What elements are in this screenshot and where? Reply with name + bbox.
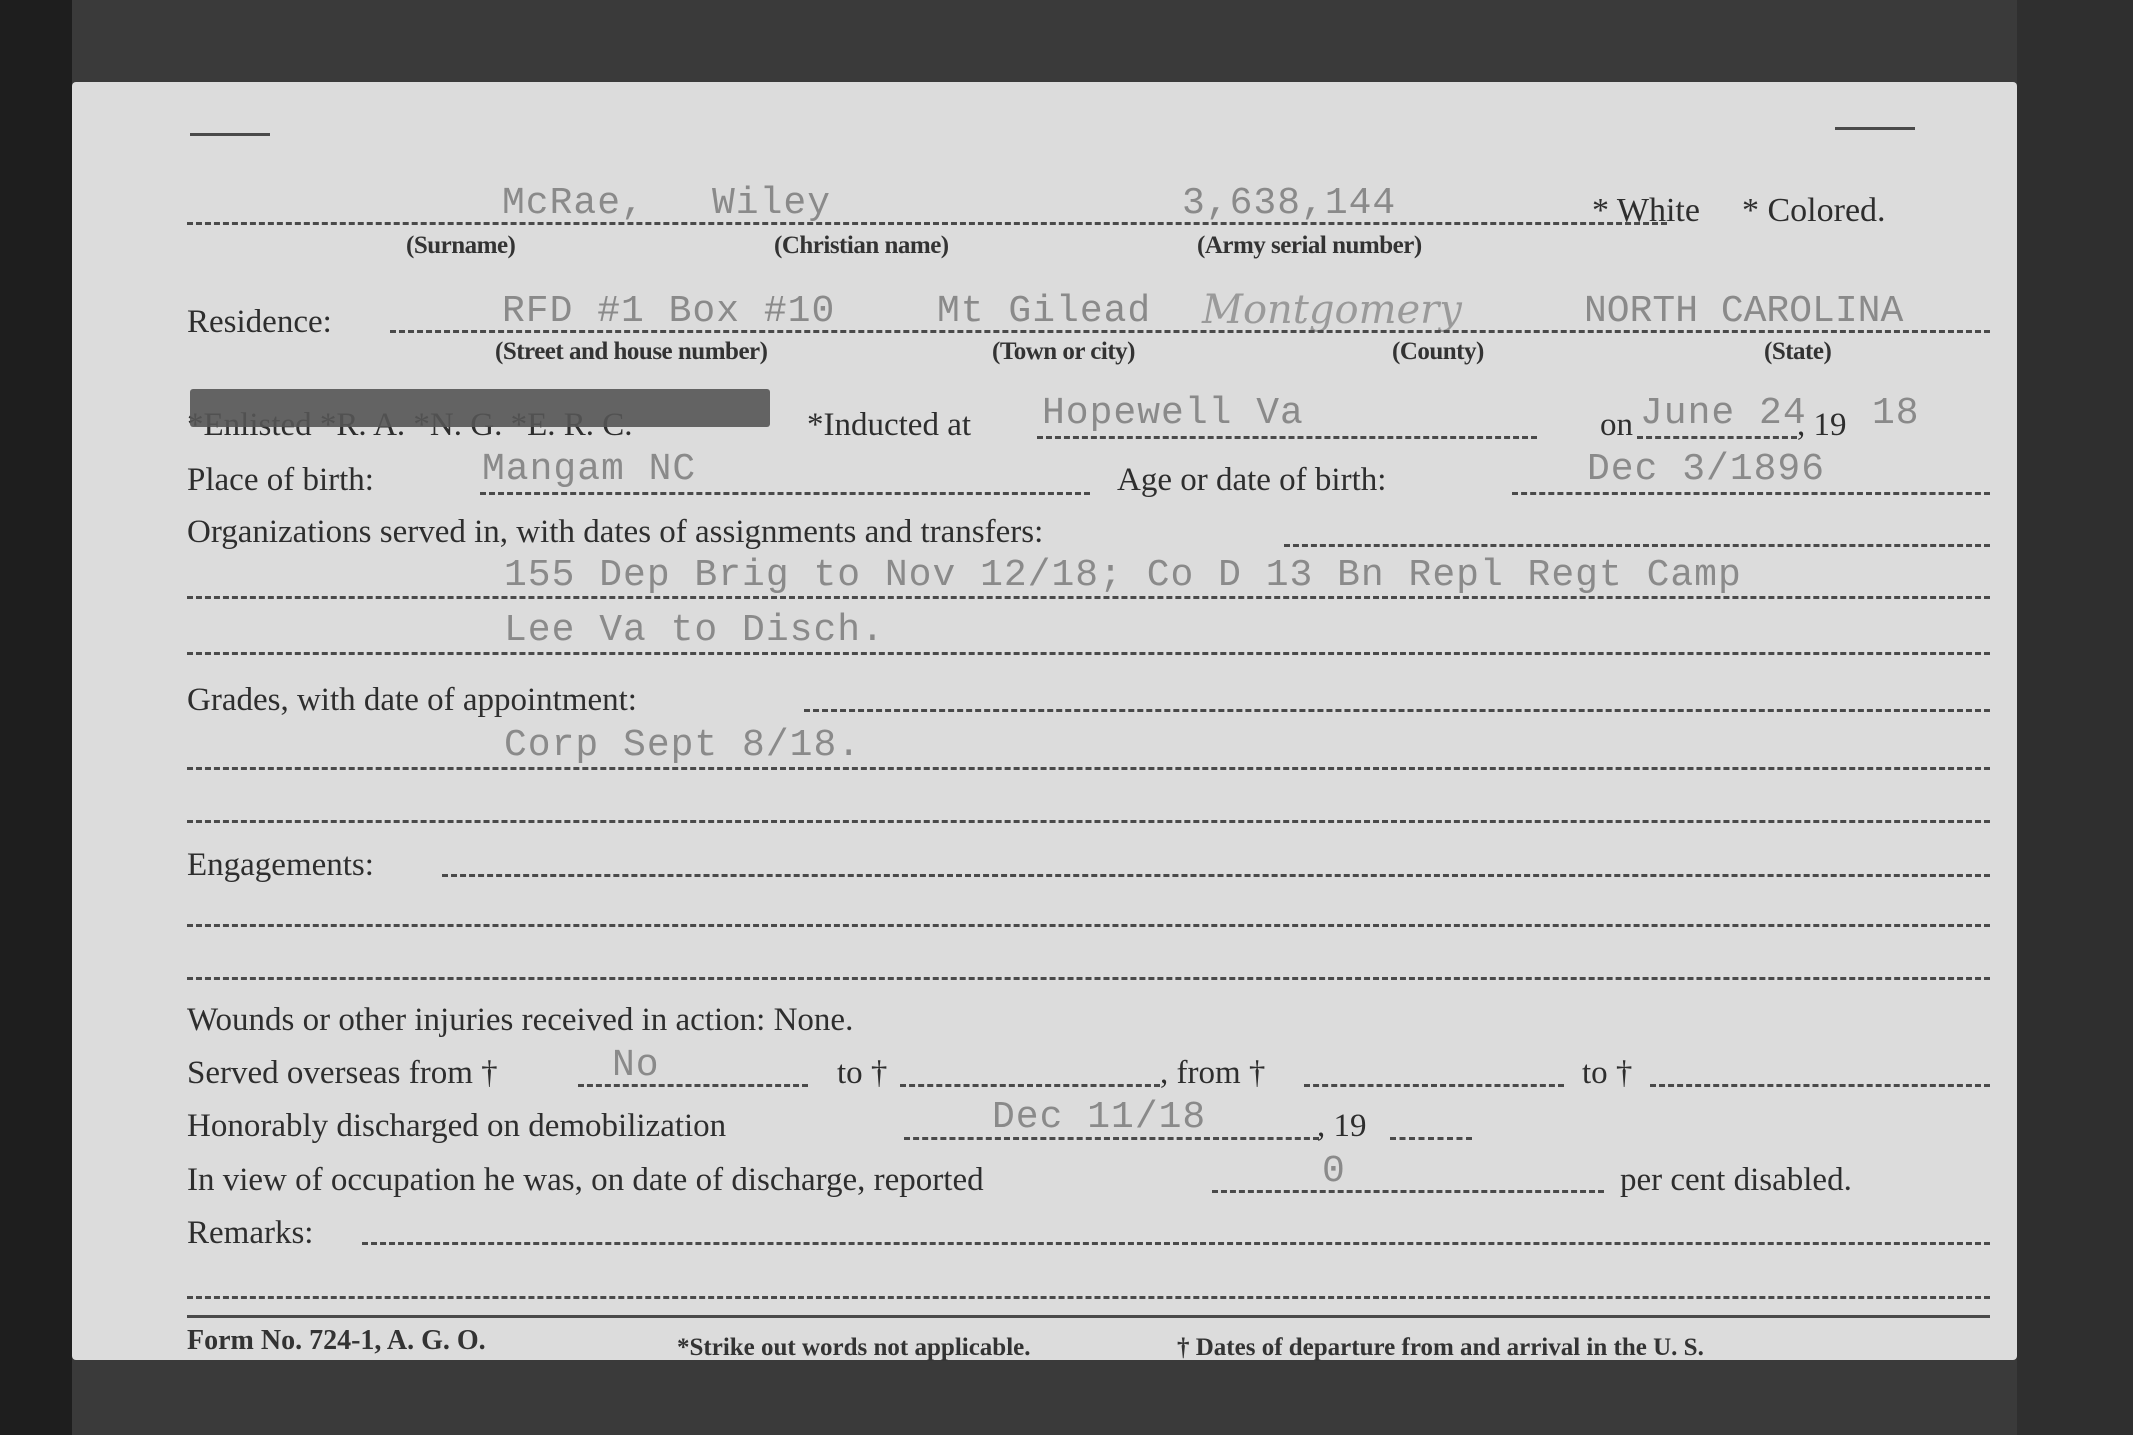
organizations-line-1-value: 155 Dep Brig to Nov 12/18; Co D 13 Bn Re… xyxy=(504,554,1742,597)
state-caption: (State) xyxy=(1764,338,1831,366)
wounds-label: Wounds or other injuries received in act… xyxy=(187,1002,853,1039)
engagements-line-0 xyxy=(442,874,1990,877)
disability-percent-value: 0 xyxy=(1322,1150,1346,1193)
inducted-date-line xyxy=(1637,436,1797,439)
inducted-year-prefix: , 19 xyxy=(1797,407,1847,444)
dates-note: † Dates of departure from and arrival in… xyxy=(1177,1334,1704,1362)
disability-suffix: per cent disabled. xyxy=(1620,1162,1852,1199)
place-of-birth-line xyxy=(480,492,1090,495)
discharge-label: Honorably discharged on demobilization xyxy=(187,1108,726,1145)
county-caption: (County) xyxy=(1392,338,1484,366)
residence-state-value: NORTH CAROLINA xyxy=(1584,290,1903,333)
grades-line-1-value: Corp Sept 8/18. xyxy=(504,724,861,767)
place-of-birth-label: Place of birth: xyxy=(187,462,374,499)
organizations-line-1 xyxy=(187,596,1990,599)
discharge-year-label: , 19 xyxy=(1317,1108,1367,1145)
town-caption: (Town or city) xyxy=(992,338,1135,366)
date-of-birth-label: Age or date of birth: xyxy=(1117,462,1386,499)
inducted-year-value: 18 xyxy=(1872,392,1920,435)
grades-label: Grades, with date of appointment: xyxy=(187,682,637,719)
scan-background-right xyxy=(2017,0,2133,1435)
engagements-line-2 xyxy=(187,977,1990,980)
footer-rule xyxy=(187,1315,1990,1318)
name-line xyxy=(187,222,1667,225)
place-of-birth-value: Mangam NC xyxy=(482,448,696,491)
date-of-birth-value: Dec 3/1896 xyxy=(1587,448,1825,491)
grades-line-1 xyxy=(187,767,1990,770)
christian-name-caption: (Christian name) xyxy=(774,232,949,260)
disability-label: In view of occupation he was, on date of… xyxy=(187,1162,984,1199)
organizations-line-2 xyxy=(187,652,1990,655)
top-left-rule xyxy=(190,133,270,136)
residence-label: Residence: xyxy=(187,304,332,341)
overseas-from-label: Served overseas from † xyxy=(187,1055,498,1092)
overseas-from-value: No xyxy=(612,1044,660,1087)
strike-out-note: *Strike out words not applicable. xyxy=(677,1334,1031,1362)
discharge-year-line xyxy=(1390,1137,1472,1140)
organizations-line-2-value: Lee Va to Disch. xyxy=(504,609,885,652)
inducted-at-label: *Inducted at xyxy=(807,407,971,444)
engagements-label: Engagements: xyxy=(187,847,374,884)
residence-street-value: RFD #1 Box #10 xyxy=(502,290,835,333)
serial-number-value: 3,638,144 xyxy=(1182,182,1396,225)
scan-background-left xyxy=(0,0,72,1435)
overseas-to2-label: to † xyxy=(1582,1055,1632,1092)
discharge-date-value: Dec 11/18 xyxy=(992,1096,1206,1139)
surname-caption: (Surname) xyxy=(406,232,515,260)
grades-line-2 xyxy=(187,820,1990,823)
engagements-line-1 xyxy=(187,924,1990,927)
residence-town-value: Mt Gilead xyxy=(937,290,1151,333)
service-record-card: McRae, Wiley 3,638,144 * White * Colored… xyxy=(72,82,2017,1360)
overseas-to-label: to † xyxy=(837,1055,887,1092)
overseas-to-line xyxy=(900,1084,1160,1087)
surname-value: McRae, xyxy=(502,182,645,225)
grades-line-0 xyxy=(804,709,1990,712)
form-number: Form No. 724-1, A. G. O. xyxy=(187,1325,486,1357)
christian-name-value: Wiley xyxy=(712,182,831,225)
race-white-option: * White xyxy=(1592,192,1700,230)
remarks-line-1 xyxy=(187,1296,1990,1299)
overseas-to2-line xyxy=(1650,1084,1990,1087)
overseas-from-line xyxy=(578,1084,808,1087)
overseas-from2-line xyxy=(1304,1084,1564,1087)
street-caption: (Street and house number) xyxy=(495,338,767,366)
inducted-place-line xyxy=(1037,436,1537,439)
remarks-line-0 xyxy=(362,1242,1990,1245)
residence-county-value: Montgomery xyxy=(1202,287,1462,333)
organizations-label: Organizations served in, with dates of a… xyxy=(187,514,1043,551)
remarks-label: Remarks: xyxy=(187,1215,313,1252)
top-right-rule xyxy=(1835,127,1915,130)
inducted-place-value: Hopewell Va xyxy=(1042,392,1304,435)
disability-line xyxy=(1212,1190,1604,1193)
residence-line xyxy=(390,330,1990,333)
race-colored-option: * Colored. xyxy=(1742,192,1886,230)
organizations-line-0 xyxy=(1284,544,1990,547)
date-of-birth-line xyxy=(1512,492,1990,495)
serial-number-caption: (Army serial number) xyxy=(1197,232,1422,260)
inducted-on-label: on xyxy=(1600,407,1633,444)
inducted-date-value: June 24 xyxy=(1640,392,1807,435)
overseas-from2-label: , from † xyxy=(1160,1055,1265,1092)
discharge-date-line xyxy=(904,1137,1319,1140)
redaction-bar xyxy=(190,389,770,427)
